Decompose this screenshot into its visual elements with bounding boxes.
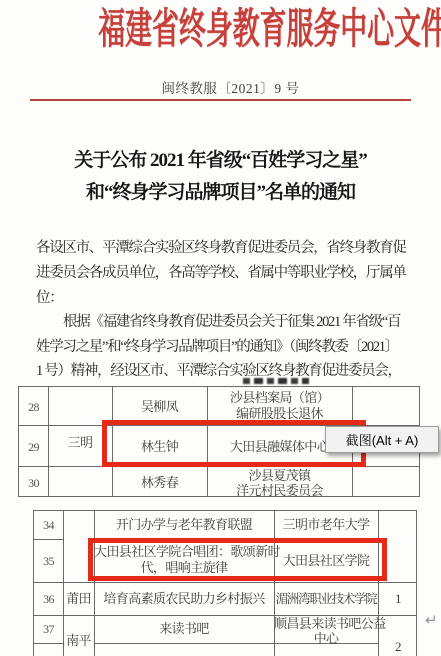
unit-line: 沙县夏茂镇	[207, 468, 352, 483]
screenshot-tooltip: 截图(Alt + A)	[325, 426, 439, 453]
project-cell: 来读书吧	[94, 621, 274, 637]
row-number: 28	[19, 399, 48, 415]
project-cell: 开门办学与老年教育联盟	[94, 517, 274, 533]
name-cell: 吴柳凤	[112, 399, 207, 415]
unit-line: 洋元村民委员会	[207, 483, 352, 498]
highlight-box-row35	[88, 538, 387, 581]
count-cell: 2	[378, 639, 418, 655]
row-number: 30	[19, 475, 48, 491]
table-gridline	[34, 539, 63, 540]
doc-number: 闽终教服〔2021〕9 号	[10, 77, 441, 97]
body-line: 1 号）精神，经设区市、平潭综合实验区终身教育促进委员会，	[36, 362, 416, 380]
cut-text-artifact	[243, 378, 309, 384]
unit-cell: 沙县夏茂镇 洋元村民委员会	[207, 468, 352, 498]
project-cell: 培育高素质农民助力乡村振兴	[94, 591, 274, 607]
table-gridline	[34, 643, 63, 644]
row-number: 29	[19, 439, 48, 455]
letterhead-title: 福建省终身教育服务中心文件	[0, 4, 441, 56]
letterhead-title-text: 福建省终身教育服务中心文件	[98, 4, 441, 56]
table-gridline	[34, 582, 416, 583]
unit-cell: 三明市老年大学	[274, 517, 378, 533]
notice-title-line1: 关于公布 2021 年省级“百姓学习之星”	[0, 149, 441, 173]
name-cell: 林秀春	[112, 475, 207, 491]
unit-cell: 湄洲湾职业技术学院	[274, 591, 378, 607]
row-number: 37	[34, 621, 63, 637]
city-cell: 莆田	[63, 591, 94, 607]
body-line: 位：	[36, 289, 416, 307]
row-number: 34	[34, 517, 63, 533]
row-number: 35	[34, 553, 63, 569]
notice-title-line2: 和“终身学习品牌项目”名单的通知	[0, 181, 441, 205]
row-number: 36	[34, 591, 63, 607]
body-line: 各设区市、平潭综合实验区终身教育促进委员会，省终身教育促	[36, 239, 416, 257]
unit-line: 沙县档案局（馆）	[207, 390, 352, 406]
body-line: 进委员会各成员单位，各高等学校、省属中等职业学校，厅属单	[36, 264, 416, 282]
table-gridline	[378, 511, 379, 656]
unit-cell: 顺昌县来读书吧公益 中心	[274, 616, 378, 646]
city-cell: 南平	[63, 633, 94, 649]
body-line: 根据《福建省终身教育促进委员会关于征集 2021 年省级“百	[36, 313, 441, 331]
unit-line: 顺昌县来读书吧公益	[274, 616, 378, 631]
red-separator-line	[30, 99, 411, 101]
unit-cell: 沙县档案局（馆） 编研股股长退休	[207, 390, 352, 422]
body-line: 姓学习之星”和“终身学习品牌项目”的通知》（闽终教委〔2021〕	[36, 338, 416, 356]
return-mark-icon: ↵	[425, 611, 438, 629]
unit-line: 中心	[274, 631, 378, 646]
projects-table: 34 35 36 37 莆田 南平 开门办学与老年教育联盟 大田县社区学院合唱团…	[33, 510, 417, 656]
count-cell: 1	[378, 591, 418, 607]
document-page: 福建省终身教育服务中心文件 闽终教服〔2021〕9 号 关于公布 2021 年省…	[0, 0, 441, 656]
